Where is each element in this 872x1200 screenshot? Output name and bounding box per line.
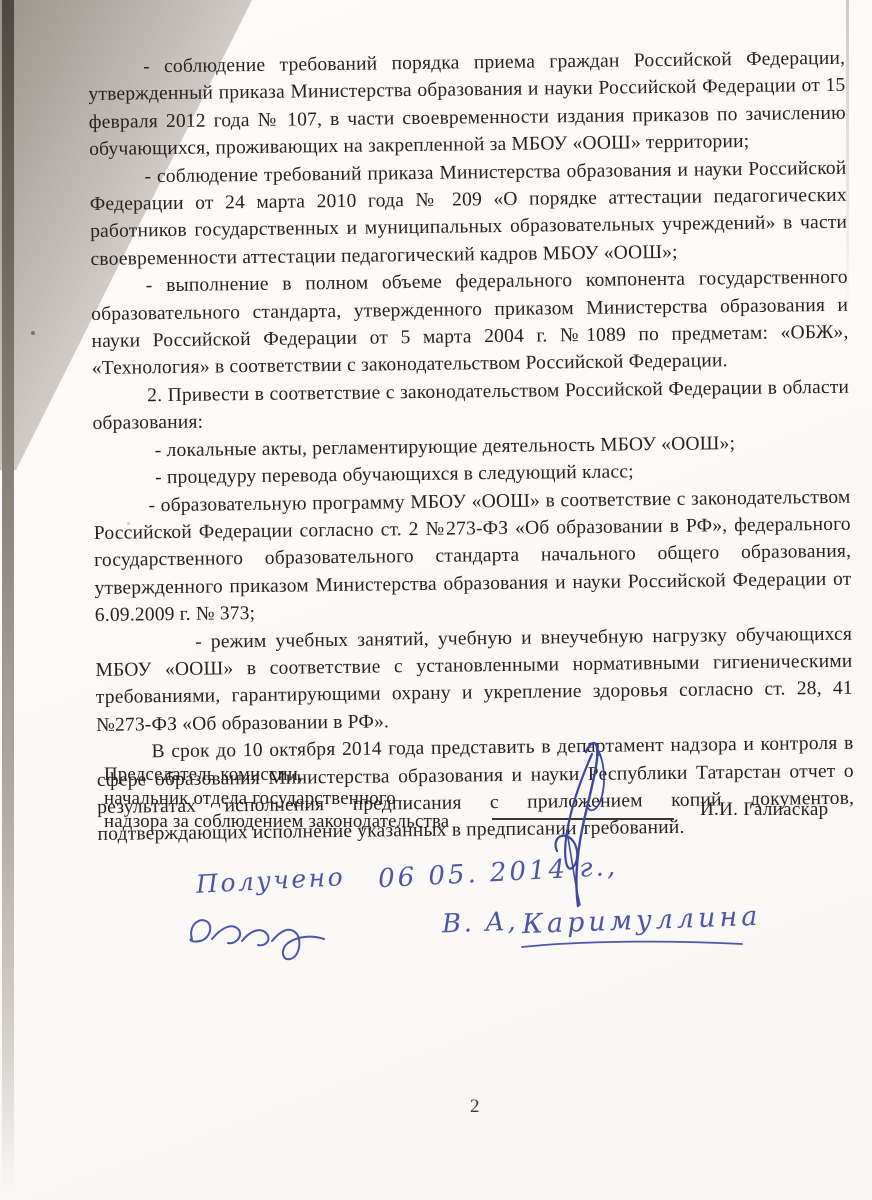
body-paragraph: - соблюдение требований приказа Министер… bbox=[89, 154, 847, 273]
handwritten-receiver-initials: В. А, bbox=[441, 907, 518, 940]
receiver-pen-signature-icon bbox=[178, 905, 338, 963]
page-number: 2 bbox=[470, 1096, 480, 1118]
signatory-title-line: надзора за соблюдением законодательства bbox=[104, 810, 504, 834]
signatory-title-line: начальник отдела государственного bbox=[104, 787, 504, 811]
body-paragraph: - выполнение в полном объеме федеральног… bbox=[91, 264, 849, 383]
signatory-title: Председатель комиссии, начальник отдела … bbox=[104, 763, 504, 834]
signatory-name: И.И. Галиаскар bbox=[700, 799, 828, 821]
body-paragraph: 2. Привести в соответствие с законодател… bbox=[92, 374, 850, 438]
handwritten-underline-flourish bbox=[518, 938, 746, 952]
scanned-document-page: - соблюдение требований порядка приема г… bbox=[0, 0, 872, 1200]
body-paragraph: - образовательную программу МБОУ «ООШ» в… bbox=[93, 483, 852, 629]
signatory-title-line: Председатель комиссии, bbox=[104, 763, 504, 787]
scan-speck bbox=[31, 331, 35, 335]
document-body: - соблюдение требований порядка приема г… bbox=[88, 45, 855, 849]
handwritten-received-label: Получено bbox=[195, 862, 345, 899]
body-paragraph: - режим учебных занятий, учебную и внеуч… bbox=[95, 620, 853, 739]
scan-edge-shadow bbox=[2, 0, 14, 1190]
body-paragraph: - соблюдение требований порядка приема г… bbox=[88, 45, 846, 164]
